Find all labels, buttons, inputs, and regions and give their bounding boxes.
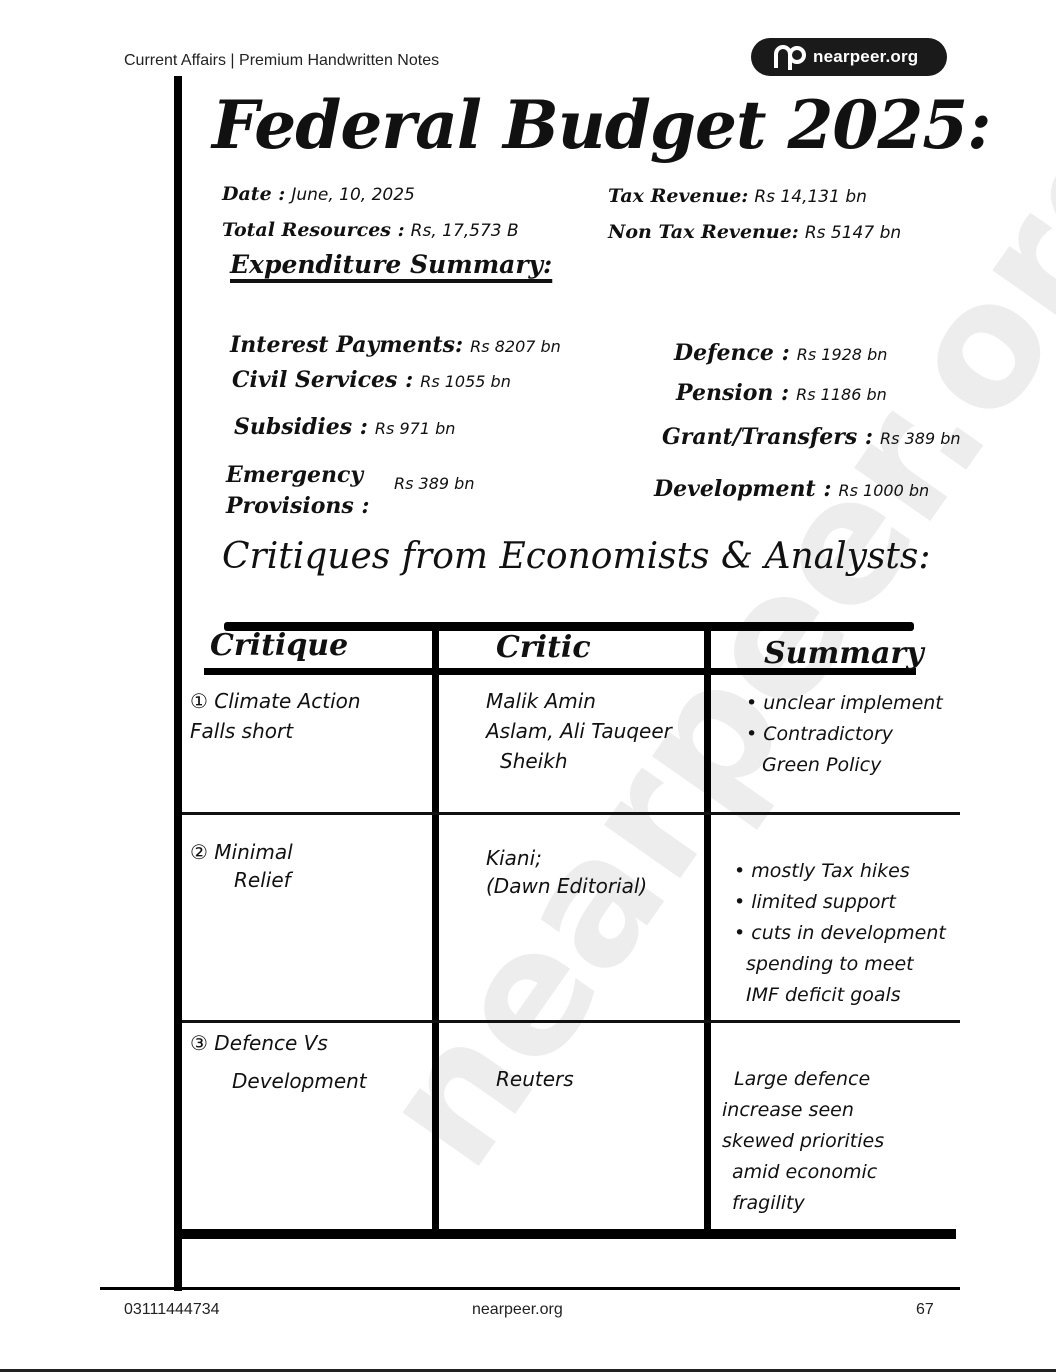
summary-cell: Large defence increase seen skewed prior… xyxy=(722,1064,884,1219)
cell-line: Malik Amin xyxy=(486,686,672,716)
tax-revenue-label: Tax Revenue: xyxy=(608,185,748,207)
nearpeer-logo[interactable]: nearpeer.org xyxy=(751,38,947,76)
expenditure-value: Rs 1186 bn xyxy=(796,385,887,404)
expenditure-value: Rs 389 bn xyxy=(880,429,960,448)
critique-cell: ③ Defence Vs Development xyxy=(190,1024,367,1100)
expenditure-label: Pension : xyxy=(676,380,789,406)
expenditure-label: Subsidies : xyxy=(234,414,368,440)
critic-cell: Kiani; (Dawn Editorial) xyxy=(486,844,647,900)
summary-cell: • mostly Tax hikes • limited support • c… xyxy=(734,856,946,1011)
table-header-summary: Summary xyxy=(764,636,924,671)
expenditure-value: Rs 1055 bn xyxy=(420,372,511,391)
expenditure-item: Development : Rs 1000 bn xyxy=(654,476,929,502)
table-column-divider xyxy=(704,628,711,1229)
expenditure-label: Defence : xyxy=(674,340,790,366)
page-bottom-rule xyxy=(100,1287,960,1290)
cell-line: fragility xyxy=(722,1188,884,1219)
table-row-divider xyxy=(182,1020,960,1023)
footer-site[interactable]: nearpeer.org xyxy=(472,1301,563,1319)
nearpeer-logo-icon xyxy=(773,44,807,70)
margin-line xyxy=(174,76,182,1291)
expenditure-value: Rs 8207 bn xyxy=(470,337,561,356)
cell-line: Aslam, Ali Tauqeer xyxy=(486,716,672,746)
cell-line: Falls short xyxy=(190,716,361,746)
cell-line: spending to meet xyxy=(734,949,946,980)
critic-cell: Malik Amin Aslam, Ali Tauqeer Sheikh xyxy=(486,686,672,776)
summary-cell: • unclear implement • Contradictory Gree… xyxy=(746,688,943,781)
table-row-divider xyxy=(182,812,960,815)
non-tax-revenue-value: Rs 5147 bn xyxy=(805,223,901,243)
expenditure-value-wrap: Rs 389 bn xyxy=(394,470,474,495)
expenditure-item: Civil Services : Rs 1055 bn xyxy=(232,367,511,393)
expenditure-label: Grant/Transfers : xyxy=(662,424,873,450)
expenditure-label: Interest Payments: xyxy=(230,332,463,358)
table-column-divider xyxy=(432,626,439,1229)
cell-line: ② Minimal xyxy=(190,838,293,866)
critique-cell: ① Climate Action Falls short xyxy=(190,686,361,746)
cell-line: Large defence xyxy=(722,1064,884,1095)
cell-line: Kiani; xyxy=(486,844,647,872)
expenditure-label: Civil Services : xyxy=(232,367,413,393)
total-resources-value: Rs, 17,573 B xyxy=(411,221,519,241)
non-tax-revenue-label: Non Tax Revenue: xyxy=(608,221,799,243)
page-title: Federal Budget 2025: xyxy=(212,86,991,164)
non-tax-revenue-line: Non Tax Revenue: Rs 5147 bn xyxy=(608,221,901,243)
footer-phone: 03111444734 xyxy=(124,1301,220,1319)
cell-line: (Dawn Editorial) xyxy=(486,872,647,900)
expenditure-value: Rs 1000 bn xyxy=(838,481,929,500)
cell-line: ① Climate Action xyxy=(190,686,361,716)
table-header-critique: Critique xyxy=(210,628,348,663)
cell-line: skewed priorities xyxy=(722,1126,884,1157)
expenditure-item: Pension : Rs 1186 bn xyxy=(676,380,887,406)
total-resources-line: Total Resources : Rs, 17,573 B xyxy=(222,219,519,241)
table-bottom-rule xyxy=(180,1229,956,1239)
footer-page-number: 67 xyxy=(916,1301,934,1319)
cell-line: amid economic xyxy=(722,1157,884,1188)
tax-revenue-line: Tax Revenue: Rs 14,131 bn xyxy=(608,185,867,207)
expenditure-value: Rs 971 bn xyxy=(375,419,455,438)
cell-line: Sheikh xyxy=(486,746,672,776)
date-line: Date : June, 10, 2025 xyxy=(222,183,415,205)
expenditure-item: Defence : Rs 1928 bn xyxy=(674,340,887,366)
critique-cell: ② Minimal Relief xyxy=(190,838,293,894)
cell-line: Development xyxy=(190,1062,367,1100)
critiques-heading: Critiques from Economists & Analysts: xyxy=(222,536,931,577)
expenditure-value: Rs 389 bn xyxy=(394,474,474,493)
logo-text: nearpeer.org xyxy=(813,47,918,67)
expenditure-value: Rs 1928 bn xyxy=(797,345,888,364)
expenditure-item: Emergency Provisions : xyxy=(226,460,386,522)
watermark: nearpeer.org xyxy=(342,77,1056,1201)
header-subtitle: Current Affairs | Premium Handwritten No… xyxy=(124,52,439,70)
cell-line: • mostly Tax hikes xyxy=(734,856,946,887)
expenditure-item: Interest Payments: Rs 8207 bn xyxy=(230,332,561,358)
cell-line: ③ Defence Vs xyxy=(190,1024,367,1062)
cell-line: Reuters xyxy=(496,1064,574,1094)
cell-line: • cuts in development xyxy=(734,918,946,949)
cell-line: IMF deficit goals xyxy=(734,980,946,1011)
cell-line: • Contradictory xyxy=(746,719,943,750)
cell-line: Relief xyxy=(190,866,293,894)
cell-line: Green Policy xyxy=(746,750,943,781)
expenditure-label: Emergency Provisions : xyxy=(226,462,370,519)
date-value: June, 10, 2025 xyxy=(291,185,415,205)
cell-line: • limited support xyxy=(734,887,946,918)
cell-line: • unclear implement xyxy=(746,688,943,719)
critic-cell: Reuters xyxy=(496,1064,574,1094)
expenditure-item: Subsidies : Rs 971 bn xyxy=(234,414,455,440)
table-header-critic: Critic xyxy=(496,630,591,665)
expenditure-label: Development : xyxy=(654,476,831,502)
expenditure-heading: Expenditure Summary: xyxy=(230,250,552,279)
expenditure-item: Grant/Transfers : Rs 389 bn xyxy=(662,424,961,450)
date-label: Date : xyxy=(222,183,285,205)
cell-line: increase seen xyxy=(722,1095,884,1126)
tax-revenue-value: Rs 14,131 bn xyxy=(754,187,867,207)
total-resources-label: Total Resources : xyxy=(222,219,405,241)
